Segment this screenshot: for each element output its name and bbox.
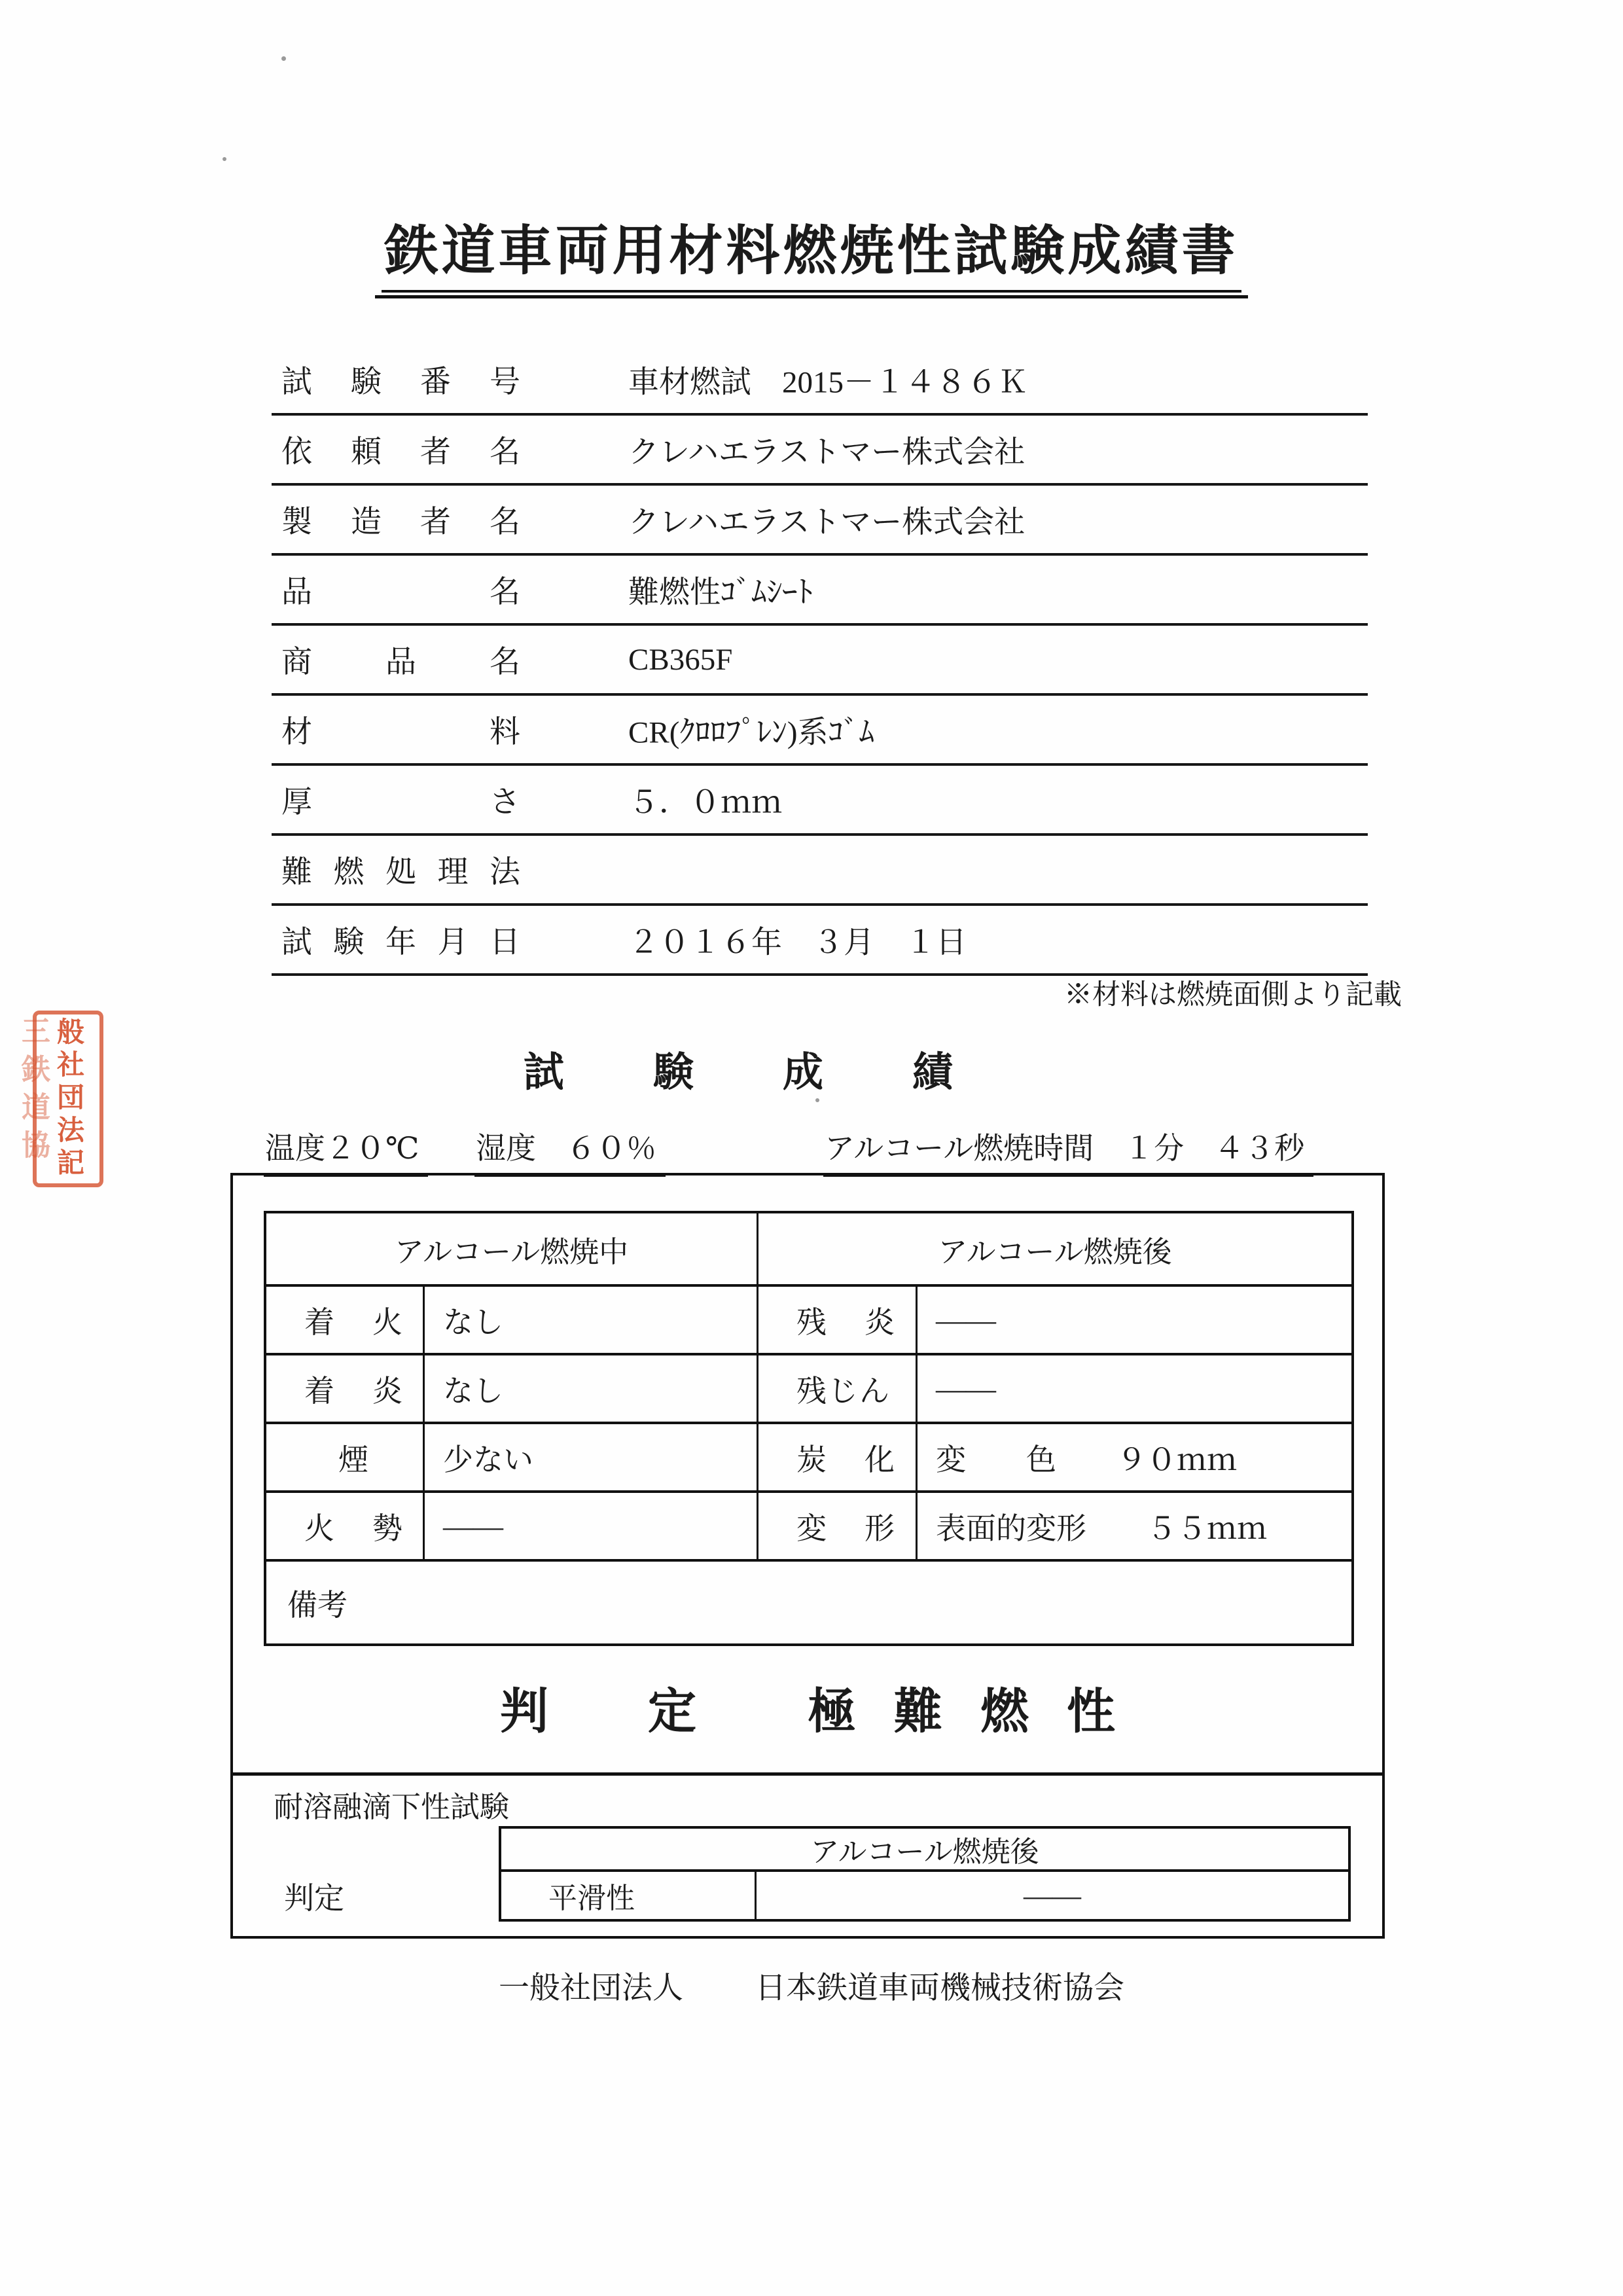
- row-label: 試験番号: [281, 357, 520, 401]
- row-label: 製造者名: [281, 497, 520, 541]
- row-label: 品名: [281, 567, 520, 611]
- column-header-during: アルコール燃焼中: [266, 1213, 758, 1287]
- table-row: 依頼者名 クレハエラストマー株式会社: [272, 416, 1368, 486]
- temperature-value: 温度２０℃: [264, 1124, 428, 1177]
- cell-label: 残じん: [758, 1355, 918, 1424]
- official-seal: 三鉄道協 般社団法記: [10, 1008, 96, 1186]
- cell-value: なし: [425, 1355, 758, 1424]
- melt-drip-section-label: 耐溶融滴下性試験: [274, 1783, 509, 1825]
- row-value: CR(ｸﾛﾛﾌﾟﾚﾝ)系ｺﾞﾑ: [628, 708, 874, 751]
- org-name: 日本鉄道車両機械技術協会: [755, 1964, 1124, 2007]
- title-block: 鉄道車両用材料燃焼性試験成績書: [0, 208, 1623, 298]
- melt-drip-table: アルコール燃焼後 平滑性 ――: [499, 1826, 1351, 1922]
- seal-text: 般社団法記: [48, 1017, 88, 1181]
- scan-noise-dot: [281, 56, 286, 61]
- verdict-label: 判定: [500, 1673, 696, 1742]
- scan-noise-dot: [223, 157, 226, 161]
- table-row: 難燃処理法: [272, 836, 1368, 906]
- melt-drip-judgment-label: 判定: [284, 1874, 344, 1918]
- row-label: 依頼者名: [281, 427, 520, 471]
- cell-value: 表面的変形 ５５ｍｍ: [918, 1493, 1351, 1562]
- verdict-line: 判定 極難燃性: [233, 1665, 1382, 1750]
- page-title: 鉄道車両用材料燃焼性試験成績書: [384, 221, 1238, 281]
- cell-label: 火勢: [266, 1493, 425, 1562]
- specimen-info-table: 試験番号 車材燃試 2015－１４８６Ｋ 依頼者名 クレハエラストマー株式会社 …: [272, 346, 1368, 976]
- cell-value: 変 色 ９０ｍｍ: [918, 1424, 1351, 1493]
- cell-value: なし: [425, 1287, 758, 1355]
- results-table: アルコール燃焼中 アルコール燃焼後 着火 なし 残炎 ―― 着炎 なし 残じん …: [264, 1211, 1354, 1646]
- row-value: 難燃性ｺﾞﾑｼｰﾄ: [628, 567, 813, 611]
- remarks-row: 備考: [266, 1562, 1351, 1643]
- cell-value: ――: [918, 1355, 1351, 1424]
- row-value: ５．０ｍｍ: [628, 778, 782, 821]
- cell-value: 少ない: [425, 1424, 758, 1493]
- seal-border: 般社団法記: [33, 1011, 103, 1187]
- cell-label: 着火: [266, 1287, 425, 1355]
- table-row: 試験年月日 ２０１６年 ３月 １日: [272, 906, 1368, 976]
- row-value: ２０１６年 ３月 １日: [628, 918, 967, 961]
- results-heading: 試験成績: [524, 1039, 953, 1098]
- row-value: クレハエラストマー株式会社: [628, 497, 1025, 541]
- row-label: 厚さ: [281, 778, 520, 821]
- table-row: 商品名 CB365F: [272, 626, 1368, 696]
- results-box: アルコール燃焼中 アルコール燃焼後 着火 なし 残炎 ―― 着炎 なし 残じん …: [230, 1173, 1385, 1939]
- cell-label: 残炎: [758, 1287, 918, 1355]
- row-label: 試験年月日: [281, 918, 520, 961]
- table-row: 材料 CR(ｸﾛﾛﾌﾟﾚﾝ)系ｺﾞﾑ: [272, 696, 1368, 766]
- cell-label: 平滑性: [501, 1872, 757, 1919]
- melt-drip-table-header: アルコール燃焼後: [501, 1829, 1348, 1872]
- cell-label: 煙: [266, 1424, 425, 1493]
- section-divider: [230, 1772, 1385, 1776]
- document-page: 鉄道車両用材料燃焼性試験成績書 試験番号 車材燃試 2015－１４８６Ｋ 依頼者…: [0, 0, 1623, 2296]
- row-value: クレハエラストマー株式会社: [628, 427, 1025, 471]
- row-label: 難燃処理法: [281, 848, 520, 891]
- row-label: 商品名: [281, 637, 520, 681]
- alcohol-burn-time-value: アルコール燃焼時間 １分 ４３秒: [823, 1124, 1313, 1177]
- row-value: CB365F: [628, 642, 732, 677]
- table-row: 厚さ ５．０ｍｍ: [272, 766, 1368, 836]
- remarks-label: 備考: [287, 1581, 348, 1624]
- scan-noise-dot: [815, 1098, 819, 1102]
- table-row: 平滑性 ――: [501, 1872, 1348, 1919]
- row-value: 車材燃試 2015－１４８６Ｋ: [628, 357, 1028, 401]
- row-label: 材料: [281, 708, 520, 751]
- burn-side-note: ※材料は燃焼面側より記載: [1064, 973, 1402, 1013]
- cell-value: ――: [425, 1493, 758, 1562]
- verdict-value: 極難燃性: [808, 1673, 1115, 1742]
- cell-label: 着炎: [266, 1355, 425, 1424]
- issuing-organization: 一般社団法人 日本鉄道車両機械技術協会: [0, 1964, 1623, 2007]
- table-row: 試験番号 車材燃試 2015－１４８６Ｋ: [272, 346, 1368, 416]
- org-type: 一般社団法人: [499, 1964, 683, 2007]
- cell-value: ――: [918, 1287, 1351, 1355]
- cell-label: 炭化: [758, 1424, 918, 1493]
- table-row: 品名 難燃性ｺﾞﾑｼｰﾄ: [272, 556, 1368, 626]
- cell-value: ――: [757, 1872, 1348, 1919]
- cell-label: 変形: [758, 1493, 918, 1562]
- column-header-after: アルコール燃焼後: [758, 1213, 1351, 1287]
- humidity-value: 湿度 ６０％: [474, 1124, 666, 1177]
- table-row: 製造者名 クレハエラストマー株式会社: [272, 486, 1368, 556]
